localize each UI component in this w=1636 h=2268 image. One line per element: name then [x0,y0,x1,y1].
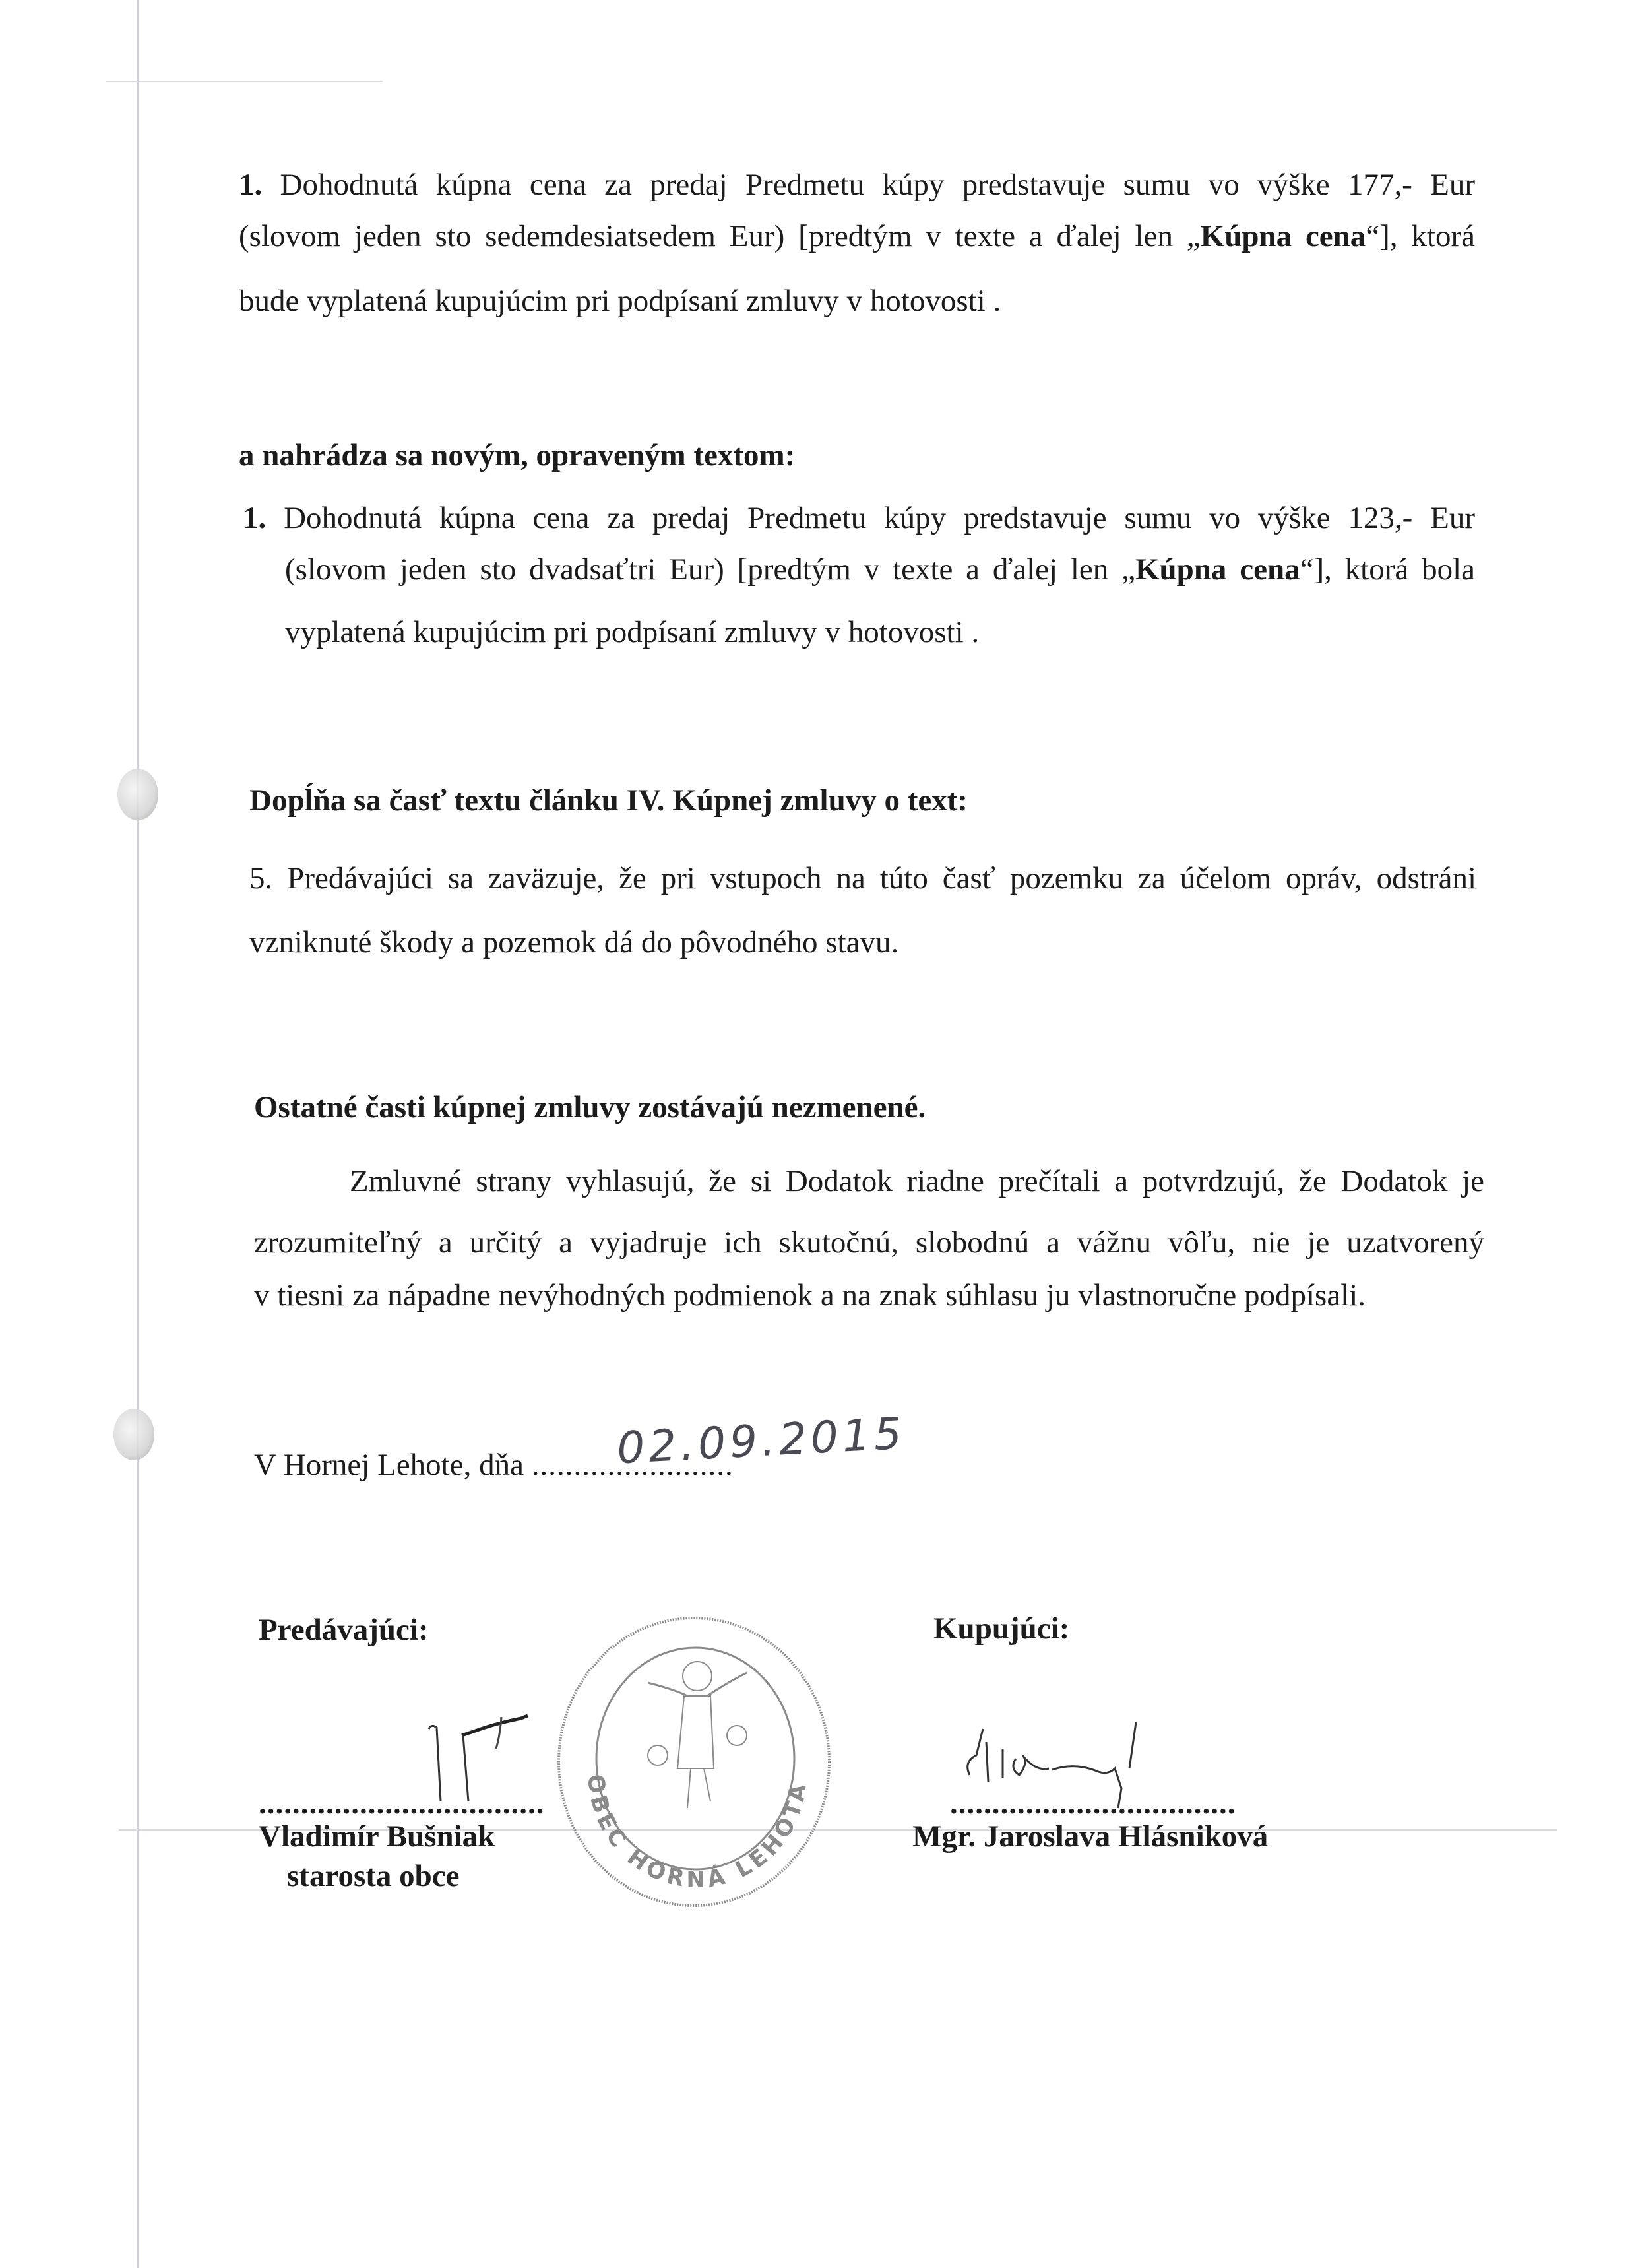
supplement-heading: Dopĺňa sa časť textu článku IV. Kúpnej z… [249,782,968,819]
new-clause-line-1: 1. Dohodnutá kúpna cena za predaj Predme… [243,500,1475,536]
stamp-text: OBEC HORNÁ LEHOTA [582,1773,812,1893]
svg-text:OBEC HORNÁ LEHOTA: OBEC HORNÁ LEHOTA [582,1773,812,1893]
seller-role: Predávajúci: [259,1611,429,1648]
handwritten-date: 02.09.2015 [615,1408,906,1474]
place-date-label: V Hornej Lehote, dňa [254,1448,524,1482]
municipal-stamp-icon: OBEC HORNÁ LEHOTA [549,1610,839,1914]
new-clause-line-3: vyplatená kupujúcim pri podpísaní zmluvy… [285,614,979,651]
new-clause-line-2: (slovom jeden sto dvadsaťtri Eur) [predt… [285,551,1475,588]
declaration-line-3: v tiesni za nápadne nevýhodných podmieno… [254,1277,1366,1314]
buyer-role: Kupujúci: [933,1610,1069,1647]
punch-hole [117,769,158,820]
original-clause-line-1: 1. Dohodnutá kúpna cena za predaj Predme… [239,166,1475,203]
defined-term: Kúpna cena [1135,552,1300,587]
buyer-name: Mgr. Jaroslava Hlásniková [912,1818,1268,1855]
unchanged-heading: Ostatné časti kúpnej zmluvy zostávajú ne… [254,1089,926,1126]
seller-title: starosta obce [287,1858,460,1895]
declaration-line-1: Zmluvné strany vyhlasujú, že si Dodatok … [350,1163,1484,1200]
original-clause-line-3: bude vyplatená kupujúcim pri podpísaní z… [239,282,1001,319]
replace-heading: a nahrádza sa novým, opraveným textom: [239,437,795,474]
declaration-line-2: zrozumiteľný a určitý a vyjadruje ich sk… [254,1224,1484,1261]
supplement-clause-line-2: vzniknuté škody a pozemok dá do pôvodnéh… [249,924,898,961]
scan-artifact-line [106,81,383,82]
binding-margin-line [137,0,139,2268]
clause-number: 1. [239,168,262,202]
supplement-clause-line-1: 5. Predávajúci sa zaväzuje, že pri vstup… [249,860,1476,897]
defined-term: Kúpna cena [1201,219,1366,253]
original-clause-line-2: (slovom jeden sto sedemdesiatsedem Eur) … [239,218,1475,255]
punch-hole [113,1409,154,1460]
buyer-signature-line: .................................. [950,1785,1236,1822]
seller-name: Vladimír Bušniak [259,1818,495,1855]
clause-number: 1. [243,501,266,535]
seller-signature-line: .................................. [259,1785,545,1822]
